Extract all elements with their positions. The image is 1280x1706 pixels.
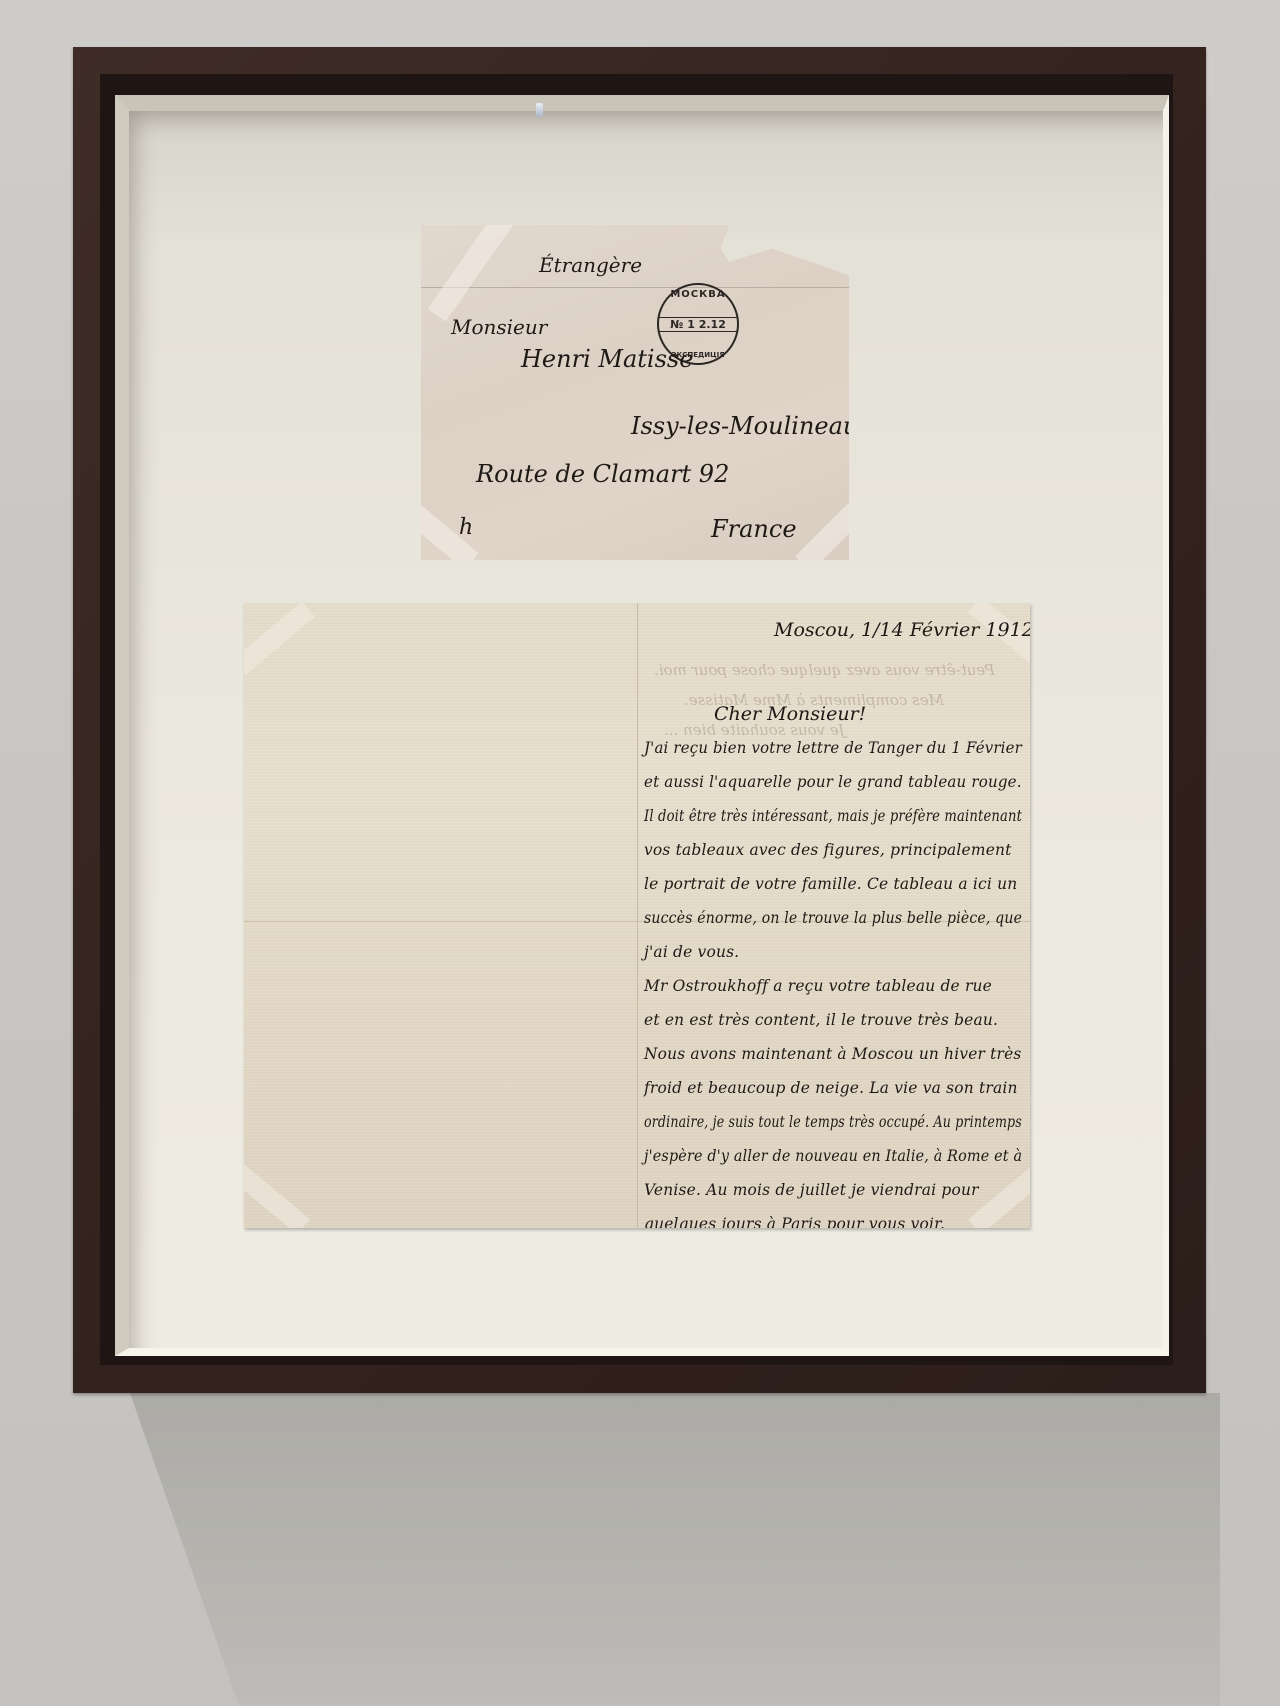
letter-line: quelques jours à Paris pour vous voir. [644, 1207, 1022, 1228]
letter-line: Nous avons maintenant à Moscou un hiver … [644, 1037, 1021, 1071]
address-line: France [711, 515, 797, 543]
letter-line: j'ai de vous. [644, 935, 1022, 969]
letter-sheet: Peut-être vous avez quelque chose pour m… [244, 603, 1030, 1228]
envelope-top-note: Étrangère [539, 253, 642, 277]
envelope-flap-edge [421, 287, 849, 288]
envelope: Étrangère МОСКВА № 1 2.12 ЭКСПЕДИЦІЯ Mon… [421, 225, 849, 560]
letter-line: Il doit être très intéressant, mais je p… [644, 799, 965, 833]
address-line: Route de Clamart 92 [476, 460, 729, 488]
letter-line: ordinaire, je suis tout le temps très oc… [644, 1105, 953, 1139]
postmark-city: МОСКВА [659, 289, 737, 300]
letter-line: et en est très content, il le trouve trè… [644, 1003, 1022, 1037]
hinge-tape [428, 225, 515, 321]
center-fold [637, 603, 638, 1228]
letter-line: Venise. Au mois de juillet je viendrai p… [644, 1173, 1022, 1207]
letter-salutation: Cher Monsieur! [714, 703, 866, 725]
envelope-corner-mark: h [459, 515, 473, 540]
letter-line: j'espère d'y aller de nouveau en Italie,… [644, 1139, 995, 1173]
letter-body: J'ai reçu bien votre lettre de Tanger du… [644, 731, 1024, 1228]
letter-line: succès énorme, on le trouve la plus bell… [644, 901, 988, 935]
hinge-tape [795, 500, 849, 560]
letter-line: froid et beaucoup de neige. La vie va so… [644, 1071, 1022, 1105]
letter-line: et aussi l'aquarelle pour le grand table… [644, 765, 1012, 799]
bleed-through-text: Peut-être vous avez quelque chose pour m… [654, 661, 995, 679]
letter-dateline: Moscou, 1/14 Février 1912 [774, 619, 1030, 641]
mounting-hook-icon [536, 103, 543, 117]
address-line: Monsieur [451, 315, 547, 339]
postmark-date: № 1 2.12 [659, 317, 737, 332]
letter-line: Mr Ostroukhoff a reçu votre tableau de r… [644, 969, 1022, 1003]
address-line: Issy-les-Moulineaux [631, 412, 849, 440]
letter-line: le portrait de votre famille. Ce tableau… [644, 867, 1022, 901]
letter-line: vos tableaux avec des figures, principal… [644, 833, 1022, 867]
letter-line: J'ai reçu bien votre lettre de Tanger du… [644, 731, 1010, 765]
address-line: Henri Matisse [521, 345, 693, 373]
frame-shadow [130, 1393, 1220, 1706]
